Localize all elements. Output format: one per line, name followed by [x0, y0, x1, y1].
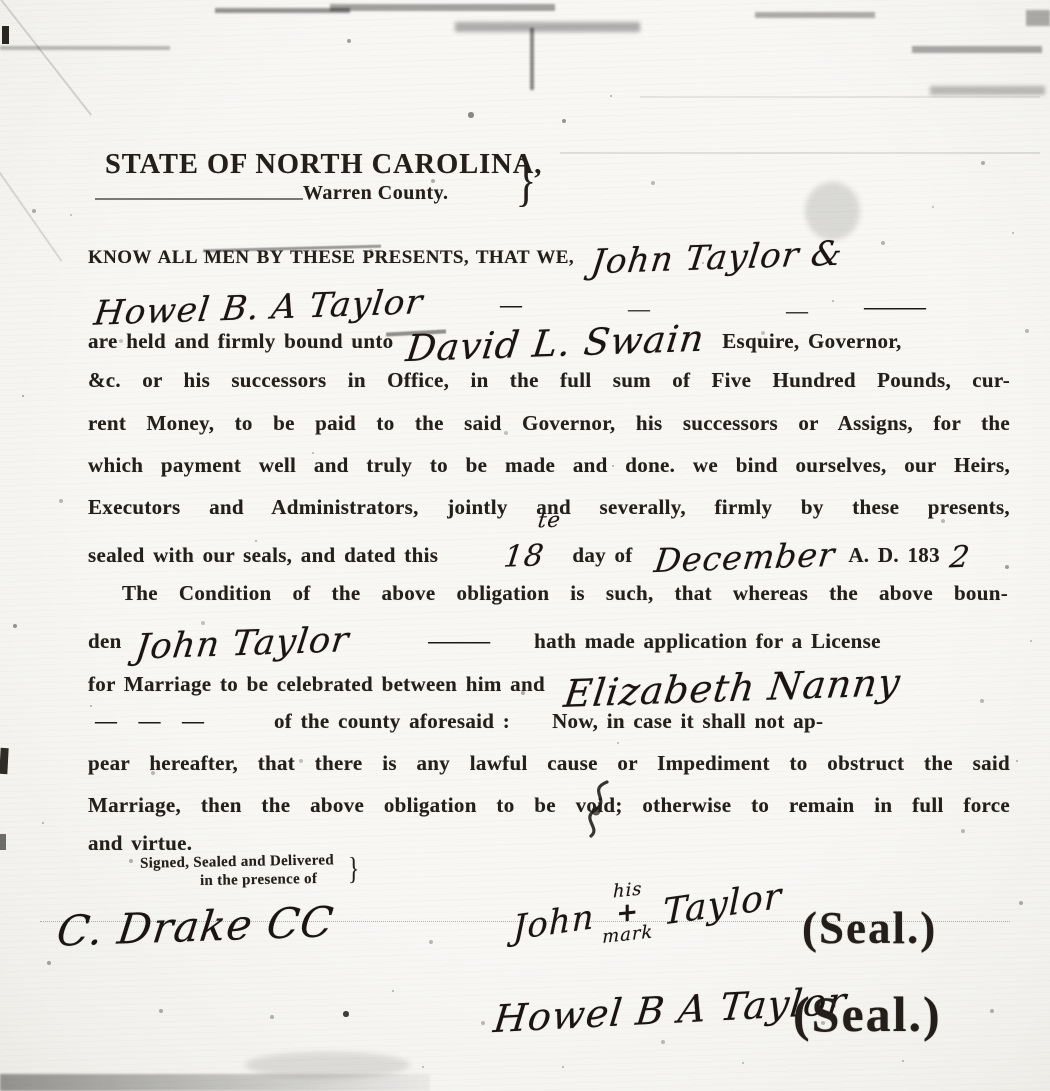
scan-streak [560, 152, 1040, 154]
attestation-brace: } [348, 850, 360, 887]
marriage-bond-document: STATE OF NORTH CAROLINA, Warren County. … [0, 0, 1050, 1091]
corner-scratch [0, 170, 62, 261]
opening-line: KNOW ALL MEN BY THESE PRESENTS, THAT WE,… [88, 238, 842, 278]
blank-dash: ——— [428, 628, 488, 653]
aforesaid-line: — — — of the county aforesaid : Now, in … [95, 708, 823, 734]
scan-specks [0, 0, 2, 2]
edge-mark [0, 834, 6, 850]
sealed-printed: sealed with our seals, and dated this [88, 543, 438, 567]
blank-dash: — [786, 298, 806, 324]
attestation-line-1: Signed, Sealed and Delivered [140, 852, 334, 872]
opening-printed-text: KNOW ALL MEN BY THESE PRESENTS, THAT WE, [88, 247, 574, 268]
den-printed: den [88, 629, 122, 653]
bound-unto-line: are held and firmly bound unto David L. … [88, 322, 902, 365]
body-line-pear: pear hereafter, that there is any lawful… [88, 751, 1010, 776]
body-line-void: Marriage, then the above obligation to b… [88, 793, 1010, 818]
mark-word: mark [602, 923, 653, 946]
edge-mark [0, 748, 9, 774]
year-prefix-printed: A. D. 183 [848, 543, 940, 567]
marriage-printed: for Marriage to be celebrated between hi… [88, 672, 545, 696]
witness-signature-handwritten: C. Drake CC [54, 897, 336, 956]
body-line-rent: rent Money, to be paid to the said Gover… [88, 411, 1010, 436]
his-mark-stack: his + mark [602, 879, 653, 947]
seal-label-2: (Seal.) [793, 985, 942, 1043]
dated-line: sealed with our seals, and dated this 18… [88, 538, 970, 577]
signature-first-name: John [513, 897, 595, 949]
governor-name-handwritten: David L. Swain [404, 317, 708, 370]
hath-printed: hath made application for a License [534, 629, 881, 653]
bride-line: for Marriage to be celebrated between hi… [88, 666, 900, 710]
signature-last-name: Taylor [663, 876, 783, 934]
scan-smudge [930, 86, 1045, 95]
edge-mark [2, 26, 9, 44]
scan-smudge [215, 8, 350, 13]
year-digit-handwritten: 2 [948, 540, 973, 576]
bound-unto-printed: are held and firmly bound unto [88, 329, 393, 353]
day-handwritten: 18 [502, 538, 547, 574]
scan-smudge [912, 46, 1042, 53]
state-title: STATE OF NORTH CAROLINA, [105, 148, 542, 181]
blank-dashes: — — — [95, 708, 212, 733]
blank-dash: — [500, 292, 520, 318]
ink-smudge [805, 182, 860, 240]
scan-smudge [530, 28, 534, 90]
scan-smudge [455, 22, 640, 32]
scan-smudge [755, 12, 875, 18]
corner-scratch [0, 0, 92, 116]
attestation-line-2: in the presence of [200, 871, 317, 890]
bottom-smudge [245, 1052, 410, 1078]
seal-label-1: (Seal.) [802, 902, 937, 954]
bottom-smudge [0, 1074, 430, 1091]
month-handwritten: December [652, 535, 837, 580]
groom-name-handwritten: John Taylor [133, 620, 352, 667]
obligor-names-handwritten: John Taylor & [589, 234, 845, 283]
day-suffix-handwritten: te [536, 508, 562, 533]
groom-line: den John Taylor ——— hath made applicatio… [88, 624, 881, 664]
blank-dash: ——— [864, 294, 924, 320]
now-printed: Now, in case it shall not ap- [552, 709, 823, 733]
body-line-etc: &c. or his successors in Office, in the … [88, 368, 1010, 393]
county-title: Warren County. [303, 182, 449, 205]
scan-smudge [330, 4, 555, 11]
signature-john-taylor: John his + mark Taylor [510, 866, 786, 956]
scan-smudge [0, 46, 170, 50]
day-of-printed: day of [572, 543, 632, 567]
governor-title-printed: Esquire, Governor, [722, 329, 901, 353]
body-line-which: which payment well and truly to be made … [88, 453, 1010, 478]
printed-rule [95, 198, 303, 200]
condition-line: The Condition of the above obligation is… [122, 581, 1008, 606]
scan-streak [640, 96, 1040, 98]
scan-smudge [1026, 10, 1050, 26]
body-line-virtue: and virtue. [88, 831, 192, 856]
header-brace: } [515, 146, 536, 213]
aforesaid-printed: of the county aforesaid : [274, 709, 510, 733]
